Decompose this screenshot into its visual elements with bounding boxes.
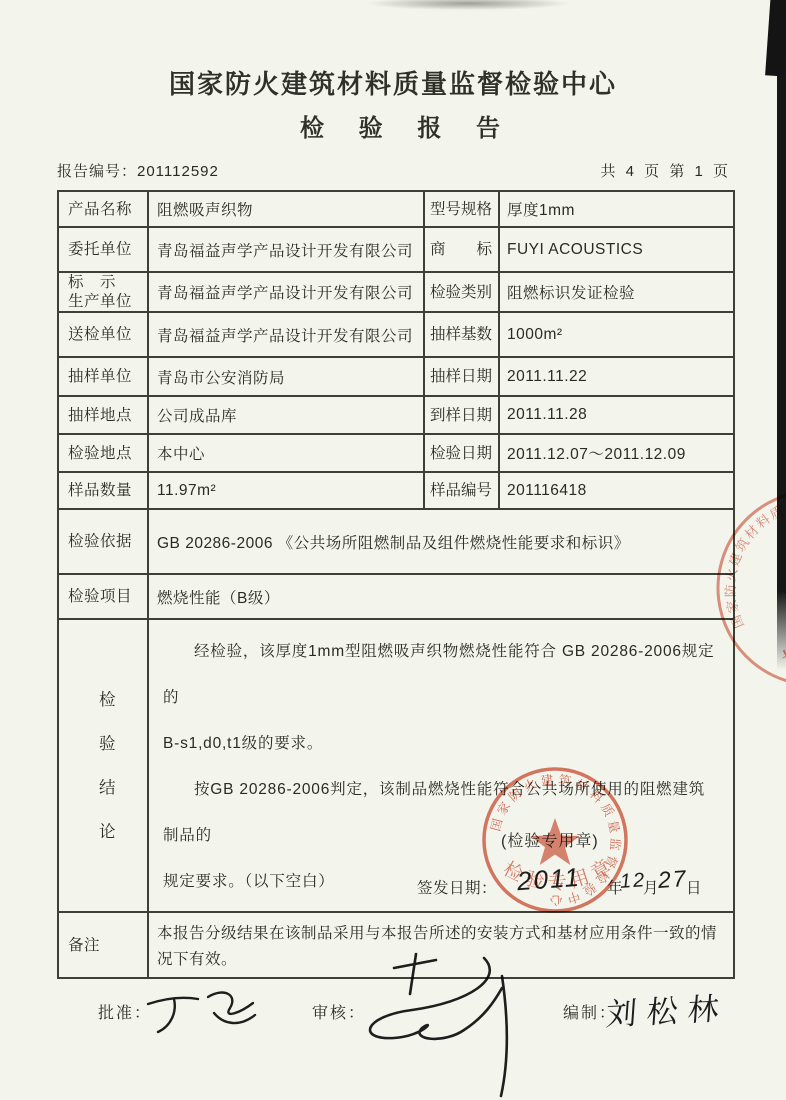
side-seal-ring-text: 国家防火建筑材料质量监 [700,486,786,631]
center-name-title: 国家防火建筑材料质量监督检验中心 [0,64,786,101]
field-value: 1000m² [500,313,733,358]
table-row-sampling-place: 抽样地点 公司成品库 到样日期 2011.11.28 [59,397,733,435]
scan-smudge [368,0,568,10]
field-value: 青岛福益声学产品设计开发有限公司 [149,313,425,358]
side-seal-text: 检验 [777,619,786,677]
table-row-test-place: 检验地点 本中心 检验日期 2011.12.07～2011.12.09 [59,435,733,473]
preparer-signature: 刘松林 [605,983,731,1035]
field-label: 抽样地点 [59,397,149,435]
field-label: 产品名称 [59,192,149,228]
table-row-basis: 检验依据 GB 20286-2006 《公共场所阻燃制品及组件燃烧性能要求和标识… [59,510,733,575]
field-label: 委托单位 [59,228,149,273]
field-value: 公司成品库 [149,397,425,435]
field-label: 检验类别 [425,273,500,313]
svg-text:检验专用章: 检验专用章 [500,854,617,894]
table-row-producer: 标 示 生产单位 青岛福益声学产品设计开发有限公司 检验类别 阻燃标识发证检验 [59,273,733,313]
approver-signature [140,982,260,1037]
table-row-submitter: 送检单位 青岛福益声学产品设计开发有限公司 抽样基数 1000m² [59,313,733,358]
field-label: 样品编号 [425,473,500,510]
field-label: 检验依据 [59,510,149,575]
field-value: 2011.12.07～2011.12.09 [500,435,733,473]
table-row-sample-qty: 样品数量 11.97m² 样品编号 201116418 [59,473,733,510]
remark-label: 备注 [59,913,149,977]
field-label: 商 标 [425,228,500,273]
field-value: 青岛福益声学产品设计开发有限公司 [149,228,425,273]
table-row-client: 委托单位 青岛福益声学产品设计开发有限公司 商 标 FUYI ACOUSTICS [59,228,733,273]
field-value: 燃烧性能（B级） [149,575,733,620]
side-seal-partial: 国家防火建筑材料质量监 检验 [700,478,786,708]
field-label: 抽样日期 [425,358,500,397]
field-value: 青岛福益声学产品设计开发有限公司 [149,273,425,313]
table-row-sampling-unit: 抽样单位 青岛市公安消防局 抽样日期 2011.11.22 [59,358,733,397]
table-row-product: 产品名称 阻燃吸声织物 型号规格 厚度1mm [59,192,733,228]
issue-date-line: 签发日期： 2011 年 12 月 27 日 [149,866,733,910]
field-label: 抽样基数 [425,313,500,358]
field-label: 到样日期 [425,397,500,435]
inspection-seal: 国家防火建筑材料质量监督检验中心 检验专用章 [470,760,640,930]
field-label: 检验项目 [59,575,149,620]
field-label: 检验地点 [59,435,149,473]
handwritten-day: 27 [657,865,688,894]
report-number: 报告编号：201112592 [57,160,219,181]
field-label: 送检单位 [59,313,149,358]
page-count: 共 4 页 第 1 页 [600,160,731,181]
field-value: 厚度1mm [500,192,733,228]
field-value: 2011.11.28 [500,397,733,435]
field-value: 本中心 [149,435,425,473]
field-value: FUYI ACOUSTICS [500,228,733,273]
field-value: 2011.11.22 [500,358,733,397]
field-label: 样品数量 [59,473,149,510]
field-value: 201116418 [500,473,733,510]
field-value: 阻燃标识发证检验 [500,273,733,313]
field-label: 标 示 生产单位 [59,273,149,313]
field-label: 型号规格 [425,192,500,228]
field-value: 青岛市公安消防局 [149,358,425,397]
star-icon [530,818,579,865]
star-icon [774,546,786,624]
svg-text:国家防火建筑材料质量监: 国家防火建筑材料质量监 [700,486,786,631]
field-value: GB 20286-2006 《公共场所阻燃制品及组件燃烧性能要求和标识》 [149,510,733,575]
month-char: 月 [643,876,659,898]
table-row-items: 检验项目 燃烧性能（B级） [59,575,733,620]
day-char: 日 [686,876,702,898]
conclusion-paragraph: 经检验，该厚度1mm型阻燃吸声织物燃烧性能符合 GB 20286-2006规定的… [149,629,733,767]
conclusion-label: 检 验 结 论 [59,620,149,913]
seal-bottom-text: 检验专用章 [500,854,617,894]
field-label: 检验日期 [425,435,500,473]
field-value: 11.97m² [149,473,425,510]
conclusion-cell: 经检验，该厚度1mm型阻燃吸声织物燃烧性能符合 GB 20286-2006规定的… [149,620,733,913]
field-label: 抽样单位 [59,358,149,397]
reviewer-signature [352,950,532,1098]
field-value: 阻燃吸声织物 [149,192,425,228]
report-title: 检 验 报 告 [14,108,786,143]
